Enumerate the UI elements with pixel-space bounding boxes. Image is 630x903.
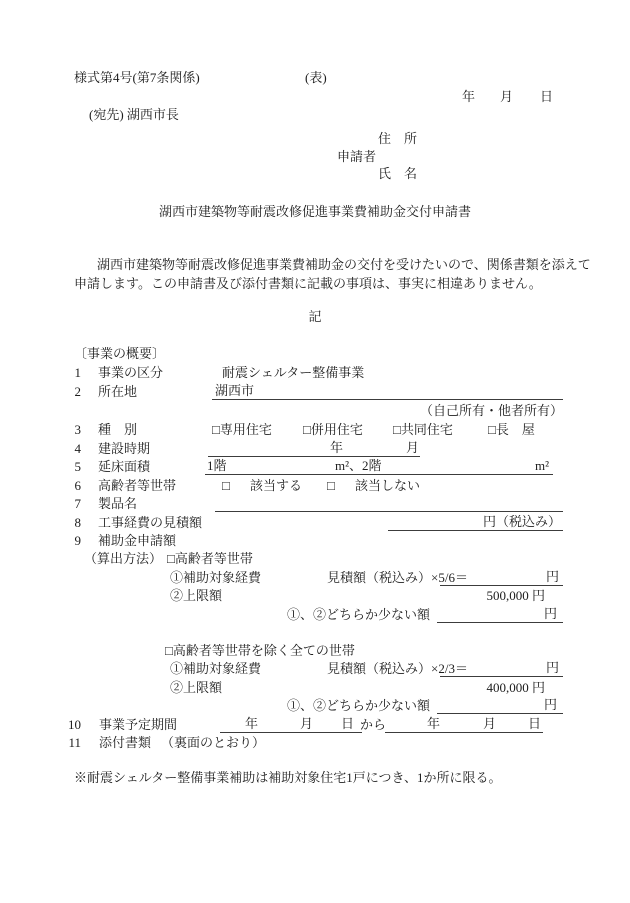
month-label: 月 <box>300 716 313 732</box>
calc2-cap-line: ②上限額 400,000 円 <box>0 679 630 698</box>
day-label: 日 <box>341 716 354 732</box>
row-floor-area: 5 延床面積 1階 m²、2階 m² <box>0 458 630 477</box>
lesser-amount-label: ①、②どちらか少ない額 <box>287 606 430 623</box>
floor-area-unit2-label: m² <box>535 458 549 474</box>
year-label: 年 <box>245 716 258 732</box>
calc2-lesser-line: ①、②どちらか少ない額 円 <box>0 697 630 716</box>
row-label: 製品名 <box>98 495 137 512</box>
body-paragraph-line1: 湖西市建築物等耐震改修促進事業費補助金の交付を受けたいので、関係書類を添えて <box>97 256 591 273</box>
row-number: 9 <box>65 532 81 549</box>
row-number: 8 <box>65 514 81 531</box>
row-label: 延床面積 <box>98 458 150 475</box>
overview-heading: 〔事業の概要〕 <box>74 345 165 362</box>
addressee: (宛先) 湖西市長 <box>89 106 179 123</box>
date-year-label: 年 <box>462 88 475 105</box>
applicable-label: 該当する <box>250 477 302 494</box>
application-form-page: 様式第4号(第7条関係) (表) 年 月 日 (宛先) 湖西市長 住 所 申請者… <box>0 0 630 903</box>
cap-label: ②上限額 <box>170 679 222 696</box>
location-field-underline: 湖西市 <box>212 383 563 400</box>
estimated-cost-underline: 円（税込み） <box>388 514 563 531</box>
row-label: 所在地 <box>98 383 137 400</box>
row-number: 2 <box>65 383 81 400</box>
checkbox-option-combined-house: □併用住宅 <box>303 421 363 438</box>
year-label: 年 <box>427 716 440 732</box>
ki-heading: 記 <box>308 309 321 324</box>
row-label: 高齢者等世帯 <box>98 477 176 494</box>
calc1-amount-underline: 円 <box>440 569 563 586</box>
row-number: 1 <box>65 364 81 381</box>
row-location: 2 所在地 湖西市 <box>0 383 630 402</box>
row-label: 事業の区分 <box>98 364 163 381</box>
checkbox-applicable: □ <box>222 477 230 494</box>
month-label: 月 <box>483 716 496 732</box>
sheet-side-label: (表) <box>305 69 327 86</box>
floor1-label: 1階 <box>207 458 227 474</box>
row-number: 11 <box>65 734 81 751</box>
row-construction-period: 4 建設時期 年 月 <box>0 440 630 459</box>
row-number: 10 <box>65 716 81 733</box>
calc1-lesser-underline: 円 <box>437 606 563 623</box>
product-name-underline <box>215 495 563 512</box>
checkbox-option-dedicated-house: □専用住宅 <box>212 421 272 438</box>
yen-label: 円 <box>546 569 563 584</box>
row-number: 3 <box>65 421 81 438</box>
period-end-underline: 年 月 日 <box>385 716 543 733</box>
footnote: ※耐震シェルター整備事業補助は補助対象住宅1戸につき、1か所に限る。 <box>74 769 501 786</box>
month-label: 月 <box>406 440 419 456</box>
row-elderly-household: 6 高齢者等世帯 □ 該当する □ 該当しない <box>0 477 630 496</box>
row-subsidy-amount: 9 補助金申請額 <box>0 532 630 551</box>
yen-label: 円 <box>544 606 563 621</box>
row-house-type: 3 種 別 □専用住宅 □併用住宅 □共同住宅 □長 屋 <box>0 421 630 440</box>
business-category-value: 耐震シェルター整備事業 <box>222 364 364 381</box>
ownership-note: （自己所有・他者所有） <box>420 402 563 419</box>
checkbox-option-row-house: □長 屋 <box>488 421 535 438</box>
attached-documents-note: （裏面のとおり） <box>161 734 265 751</box>
location-value: 湖西市 <box>215 383 254 399</box>
calc2-eligible-cost-line: ①補助対象経費 見積額（税込み）×2/3＝ 円 <box>0 660 630 679</box>
applicant-label: 申請者 <box>337 148 376 165</box>
calc-method-label: （算出方法） <box>84 550 162 567</box>
applicant-name-label: 氏 名 <box>378 165 417 182</box>
row-attached-documents: 11 添付書類 （裏面のとおり） <box>0 734 630 753</box>
checkbox-elderly-household-header: □高齢者等世帯 <box>167 550 253 567</box>
date-day-label: 日 <box>540 88 553 105</box>
yen-tax-included-label: 円（税込み） <box>483 514 563 529</box>
floor-area-underline: 1階 m²、2階 m² <box>205 458 553 475</box>
kara-label: から <box>360 716 386 733</box>
calc1-lesser-line: ①、②どちらか少ない額 円 <box>0 606 630 625</box>
row-business-category: 1 事業の区分 耐震シェルター整備事業 <box>0 364 630 383</box>
calc1-cap-line: ②上限額 500,000 円 <box>0 587 630 606</box>
row-number: 7 <box>65 495 81 512</box>
row-estimated-cost: 8 工事経費の見積額 円（税込み） <box>0 514 630 533</box>
calc2-header-line: □高齢者等世帯を除く全ての世帯 <box>0 642 630 661</box>
cap-amount: 500,000 円 <box>450 587 545 604</box>
eligible-cost-label: ①補助対象経費 <box>170 569 261 586</box>
checkbox-not-applicable: □ <box>327 477 335 494</box>
document-title: 湖西市建築物等耐震改修促進事業費補助金交付申請書 <box>159 204 471 219</box>
body-paragraph-line2: 申請します。この申請書及び添付書類に記載の事項は、事実に相違ありません。 <box>74 275 542 292</box>
not-applicable-label: 該当しない <box>355 477 420 494</box>
yen-label: 円 <box>546 660 563 675</box>
row-number: 5 <box>65 458 81 475</box>
row-project-period: 10 事業予定期間 年 月 日 から 年 月 日 <box>0 716 630 735</box>
checkbox-other-household-header: □高齢者等世帯を除く全ての世帯 <box>165 642 355 659</box>
floor-area-mid-label: m²、2階 <box>335 458 382 474</box>
calc-method-line: （算出方法） □高齢者等世帯 <box>0 550 630 569</box>
row-label: 添付書類 <box>99 734 151 751</box>
row-number: 6 <box>65 477 81 494</box>
year-label: 年 <box>330 440 343 456</box>
row-label: 事業予定期間 <box>99 716 177 733</box>
eligible-cost-label: ①補助対象経費 <box>170 660 261 677</box>
row-label: 種 別 <box>98 421 137 438</box>
calc2-lesser-underline: 円 <box>437 697 563 714</box>
date-month-label: 月 <box>500 88 513 105</box>
row-label: 工事経費の見積額 <box>98 514 202 531</box>
applicant-address-label: 住 所 <box>378 130 417 147</box>
calc1-eligible-cost-line: ①補助対象経費 見積額（税込み）×5/6＝ 円 <box>0 569 630 588</box>
form-header-line: 様式第4号(第7条関係) (表) <box>0 69 630 88</box>
cap-amount: 400,000 円 <box>450 679 545 696</box>
date-line: 年 月 日 <box>0 88 630 107</box>
calc2-amount-underline: 円 <box>440 660 563 677</box>
day-label: 日 <box>528 716 541 732</box>
lesser-amount-label: ①、②どちらか少ない額 <box>287 697 430 714</box>
row-number: 4 <box>65 440 81 457</box>
row-label: 建設時期 <box>98 440 150 457</box>
period-start-underline: 年 月 日 <box>220 716 362 733</box>
row-product-name: 7 製品名 <box>0 495 630 514</box>
cap-label: ②上限額 <box>170 587 222 604</box>
checkbox-option-apartment-house: □共同住宅 <box>393 421 453 438</box>
row-label: 補助金申請額 <box>98 532 176 549</box>
yen-label: 円 <box>544 697 563 712</box>
form-number: 様式第4号(第7条関係) <box>74 69 200 86</box>
construction-date-underline: 年 月 <box>208 440 420 457</box>
